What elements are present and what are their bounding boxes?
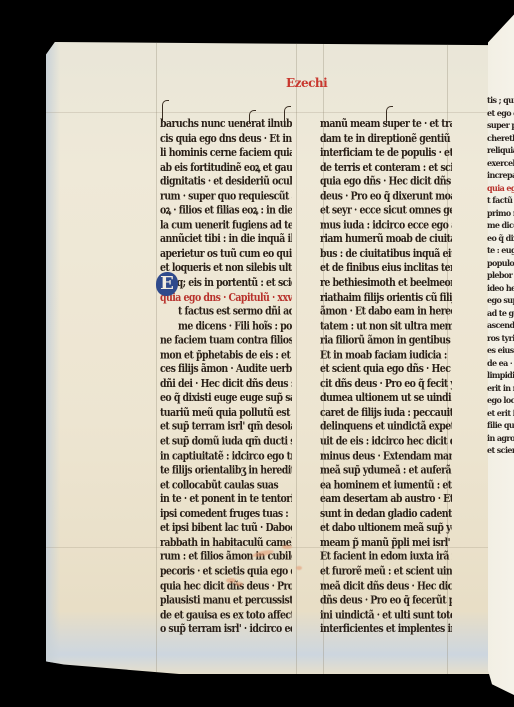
facing-leaf-text: tis ; quia h et ego ex super palest cher… xyxy=(487,94,514,504)
text-line: eo q̃ dixit tyr xyxy=(487,232,514,245)
text-line: aperietur os tuũ cum eo qui fugit : xyxy=(160,248,292,262)
text-line: ab eis fortitudinẽ eoꝝ et gaudiũ xyxy=(160,161,292,175)
text-line: cit dñs deus · Pro eo q̃ fecit y xyxy=(320,378,452,392)
text-line: et dabo ultionem meã sup̃ ydu xyxy=(320,522,452,536)
text-line: ad te gentes mul xyxy=(487,307,514,320)
text-line: et ipsi bibent lac tuũ · Daboq; xyxy=(160,522,292,536)
text-line: mus iuda : idcirco ecce ego ap̃ xyxy=(320,219,452,233)
text-line: uit de eis : idcirco hec dicit do xyxy=(320,435,452,449)
text-line: populorũ : conuersa xyxy=(487,257,514,270)
text-line: li hominis cerne faciem quia tollã xyxy=(160,147,292,161)
text-line: ces filijs ãmon · Audite uerbũ xyxy=(160,363,292,377)
text-column-left: baruchs nunc uenerat ilnub; et la cis qu… xyxy=(160,118,292,637)
text-line: cis quia ego dns deus · Et in fi xyxy=(160,132,292,146)
text-line: ini uindictã · et ulti sunt toto aĩo : xyxy=(320,609,452,623)
text-line: ne faciem tuam contra filios ã xyxy=(160,334,292,348)
text-line: t factus est sermo dñi ad xyxy=(160,306,292,320)
text-line: Et in moab faciam iudicia : xyxy=(320,349,452,363)
text-line: te filijs orientalibʒ in hereditatẽ : xyxy=(160,464,292,478)
text-line: t factũ est in xyxy=(487,194,514,207)
text-line: tis ; quia h xyxy=(487,94,514,107)
text-line: et seyr · ecce sicut omnes gentes do xyxy=(320,205,452,219)
text-line: re bethiesimoth et beelmeon et ca xyxy=(320,277,452,291)
text-line: tuariũ meũ quia pollutũ est : xyxy=(160,407,292,421)
text-line: primo mensis xyxy=(487,207,514,220)
text-line: meam p̃ manũ p̃pli mei isrl' · xyxy=(320,536,452,550)
text-line: rum · super quo requiescũt aĩe e xyxy=(160,190,292,204)
text-line: minus deus · Extendam manũ xyxy=(320,450,452,464)
text-line: ideo hec dicit xyxy=(487,282,514,295)
text-line: tatem : ut non sit ultra memo xyxy=(320,320,452,334)
wax-stain xyxy=(296,566,302,570)
text-line: exercebo in xyxy=(487,157,514,170)
text-line: caret de filijs iuda : peccauitq; xyxy=(320,407,452,421)
text-line: plausisti manu et percussisti pe xyxy=(160,594,292,608)
text-line: in agro gladio xyxy=(487,432,514,445)
text-line: de ea · et dabo xyxy=(487,357,514,370)
text-line: in captiuitatẽ : idcirco ego tradã xyxy=(160,450,292,464)
text-line: et de finibus eius inclitas ter xyxy=(320,262,452,276)
text-line: mon et p̃phetabis de eis : et di xyxy=(160,349,292,363)
text-line: increpans : et xyxy=(487,169,514,182)
text-line: ascendit mare : xyxy=(487,319,514,332)
text-line: bus : de ciuitatibus inquã eius · xyxy=(320,248,452,262)
text-line: o sup̃ terram isrl' · idcirco ecce ego e… xyxy=(160,623,292,637)
running-head: Ezechi xyxy=(286,76,327,90)
text-line: in te · et ponent in te tentoria sua : xyxy=(160,493,292,507)
text-line: et scient quia ego dñs · Hec di xyxy=(320,363,452,377)
text-line: me dicens · Fi xyxy=(487,219,514,232)
text-line: quia ego dñs · Hec dicit dñs xyxy=(320,176,452,190)
wax-stain xyxy=(235,582,243,586)
text-line: es eius : et radã xyxy=(487,344,514,357)
text-line: et sup̃ domũ iuda qm̃ ducti sũt xyxy=(160,435,292,449)
text-line: pecoris · et scietis quia ego dñs : xyxy=(160,565,292,579)
text-line: dignitatis · et desideriũ oculoꝝ eo xyxy=(160,176,292,190)
text-line: te : euge cõfracte xyxy=(487,244,514,257)
text-line: ego locutus sum xyxy=(487,394,514,407)
text-line: ego super te tyr xyxy=(487,294,514,307)
text-line: la cum uenerit fugiens ad te ut xyxy=(160,219,292,233)
text-line: super palest xyxy=(487,119,514,132)
text-line: deus · Pro eo q̃ dixerunt moab xyxy=(320,190,452,204)
text-line: eritq; eis in portentũ : et scietis xyxy=(160,277,292,291)
text-line: ãmon · Et dabo eam in heredi xyxy=(320,306,452,320)
text-line: erit in medio xyxy=(487,382,514,395)
text-line: manũ meam super te · et tra xyxy=(320,118,452,132)
text-line: dumea ultionem ut se uindi xyxy=(320,392,452,406)
text-line: ros tyri · et dest xyxy=(487,332,514,345)
text-line: ria filiorũ ãmon in gentibus · xyxy=(320,334,452,348)
text-line: rabbath in habitaculũ camelo xyxy=(160,536,292,550)
illuminated-initial: E xyxy=(156,272,178,296)
chapter-heading-line: quia ego dns · Capitulũ · xxv · xyxy=(160,291,292,305)
ruling-line xyxy=(296,42,297,674)
text-line: et ego ex xyxy=(487,107,514,120)
text-line: oꝝ · filios et filias eoꝝ : in die il xyxy=(160,205,292,219)
text-line: sunt in dedan gladio cadent : xyxy=(320,508,452,522)
wax-stain xyxy=(282,545,292,549)
text-line: eo q̃ dixisti euge euge sup̃ sanc xyxy=(160,392,292,406)
text-line: dam te in direptionẽ gentiũ : et xyxy=(320,132,452,146)
text-column-right: manũ meam super te · et tra dam te in di… xyxy=(320,118,452,637)
text-line: plebor · deserta xyxy=(487,269,514,282)
ruling-line xyxy=(156,42,157,674)
text-line: ipsi comedent fruges tuas : xyxy=(160,508,292,522)
text-line: et scient quia xyxy=(487,444,514,457)
text-line: et furorẽ meũ : et scient uindictã xyxy=(320,565,452,579)
text-line: et collocabũt caulas suas xyxy=(160,479,292,493)
text-line: Et facient in edom iuxta irã meã xyxy=(320,551,452,565)
text-line: et erit in direp xyxy=(487,407,514,420)
text-line: baruchs nunc uenerat ilnub; et la xyxy=(160,118,292,132)
text-line: delinquens et uindictã expeti xyxy=(320,421,452,435)
text-line: et loqueris et non silebis ultra : xyxy=(160,262,292,276)
text-line: meã dicit dñs deus · Hec dicit xyxy=(320,580,452,594)
text-line: ea hominem et iumentũ : et faciã xyxy=(320,479,452,493)
ruling-line xyxy=(46,112,490,113)
text-line: de terris et conteram : et scies xyxy=(320,161,452,175)
text-line: interficientes et implentes inim xyxy=(320,623,452,637)
text-line: interficiam te de populis · et p̃dam xyxy=(320,147,452,161)
text-line: riathaim filijs orientis cũ filijs xyxy=(320,291,452,305)
text-line: filie quoq; eius xyxy=(487,419,514,432)
text-line: me dicens · Fili hoĩs : po xyxy=(160,320,292,334)
text-line: dñi dei · Hec dicit dñs deus : P xyxy=(160,378,292,392)
text-line: eam desertam ab austro · Et q xyxy=(320,493,452,507)
text-line: annũciet tibi : in die inquã illa xyxy=(160,233,292,247)
text-line: de et gauisa es ex toto affectu tu xyxy=(160,609,292,623)
text-line: riam humerũ moab de ciuitati xyxy=(320,233,452,247)
chapter-heading-line: quia ego dñs · Cap xyxy=(487,182,514,195)
text-line: meã sup̃ ydumeã : et auferã de xyxy=(320,464,452,478)
text-line: limpidissimã · Si xyxy=(487,369,514,382)
text-line: dñs deus · Pro eo q̃ fecerũt palest xyxy=(320,594,452,608)
text-line: cherethim · E xyxy=(487,132,514,145)
text-line: reliquias ma xyxy=(487,144,514,157)
text-line: et sup̃ terram isrl' qm̃ desolata est xyxy=(160,421,292,435)
